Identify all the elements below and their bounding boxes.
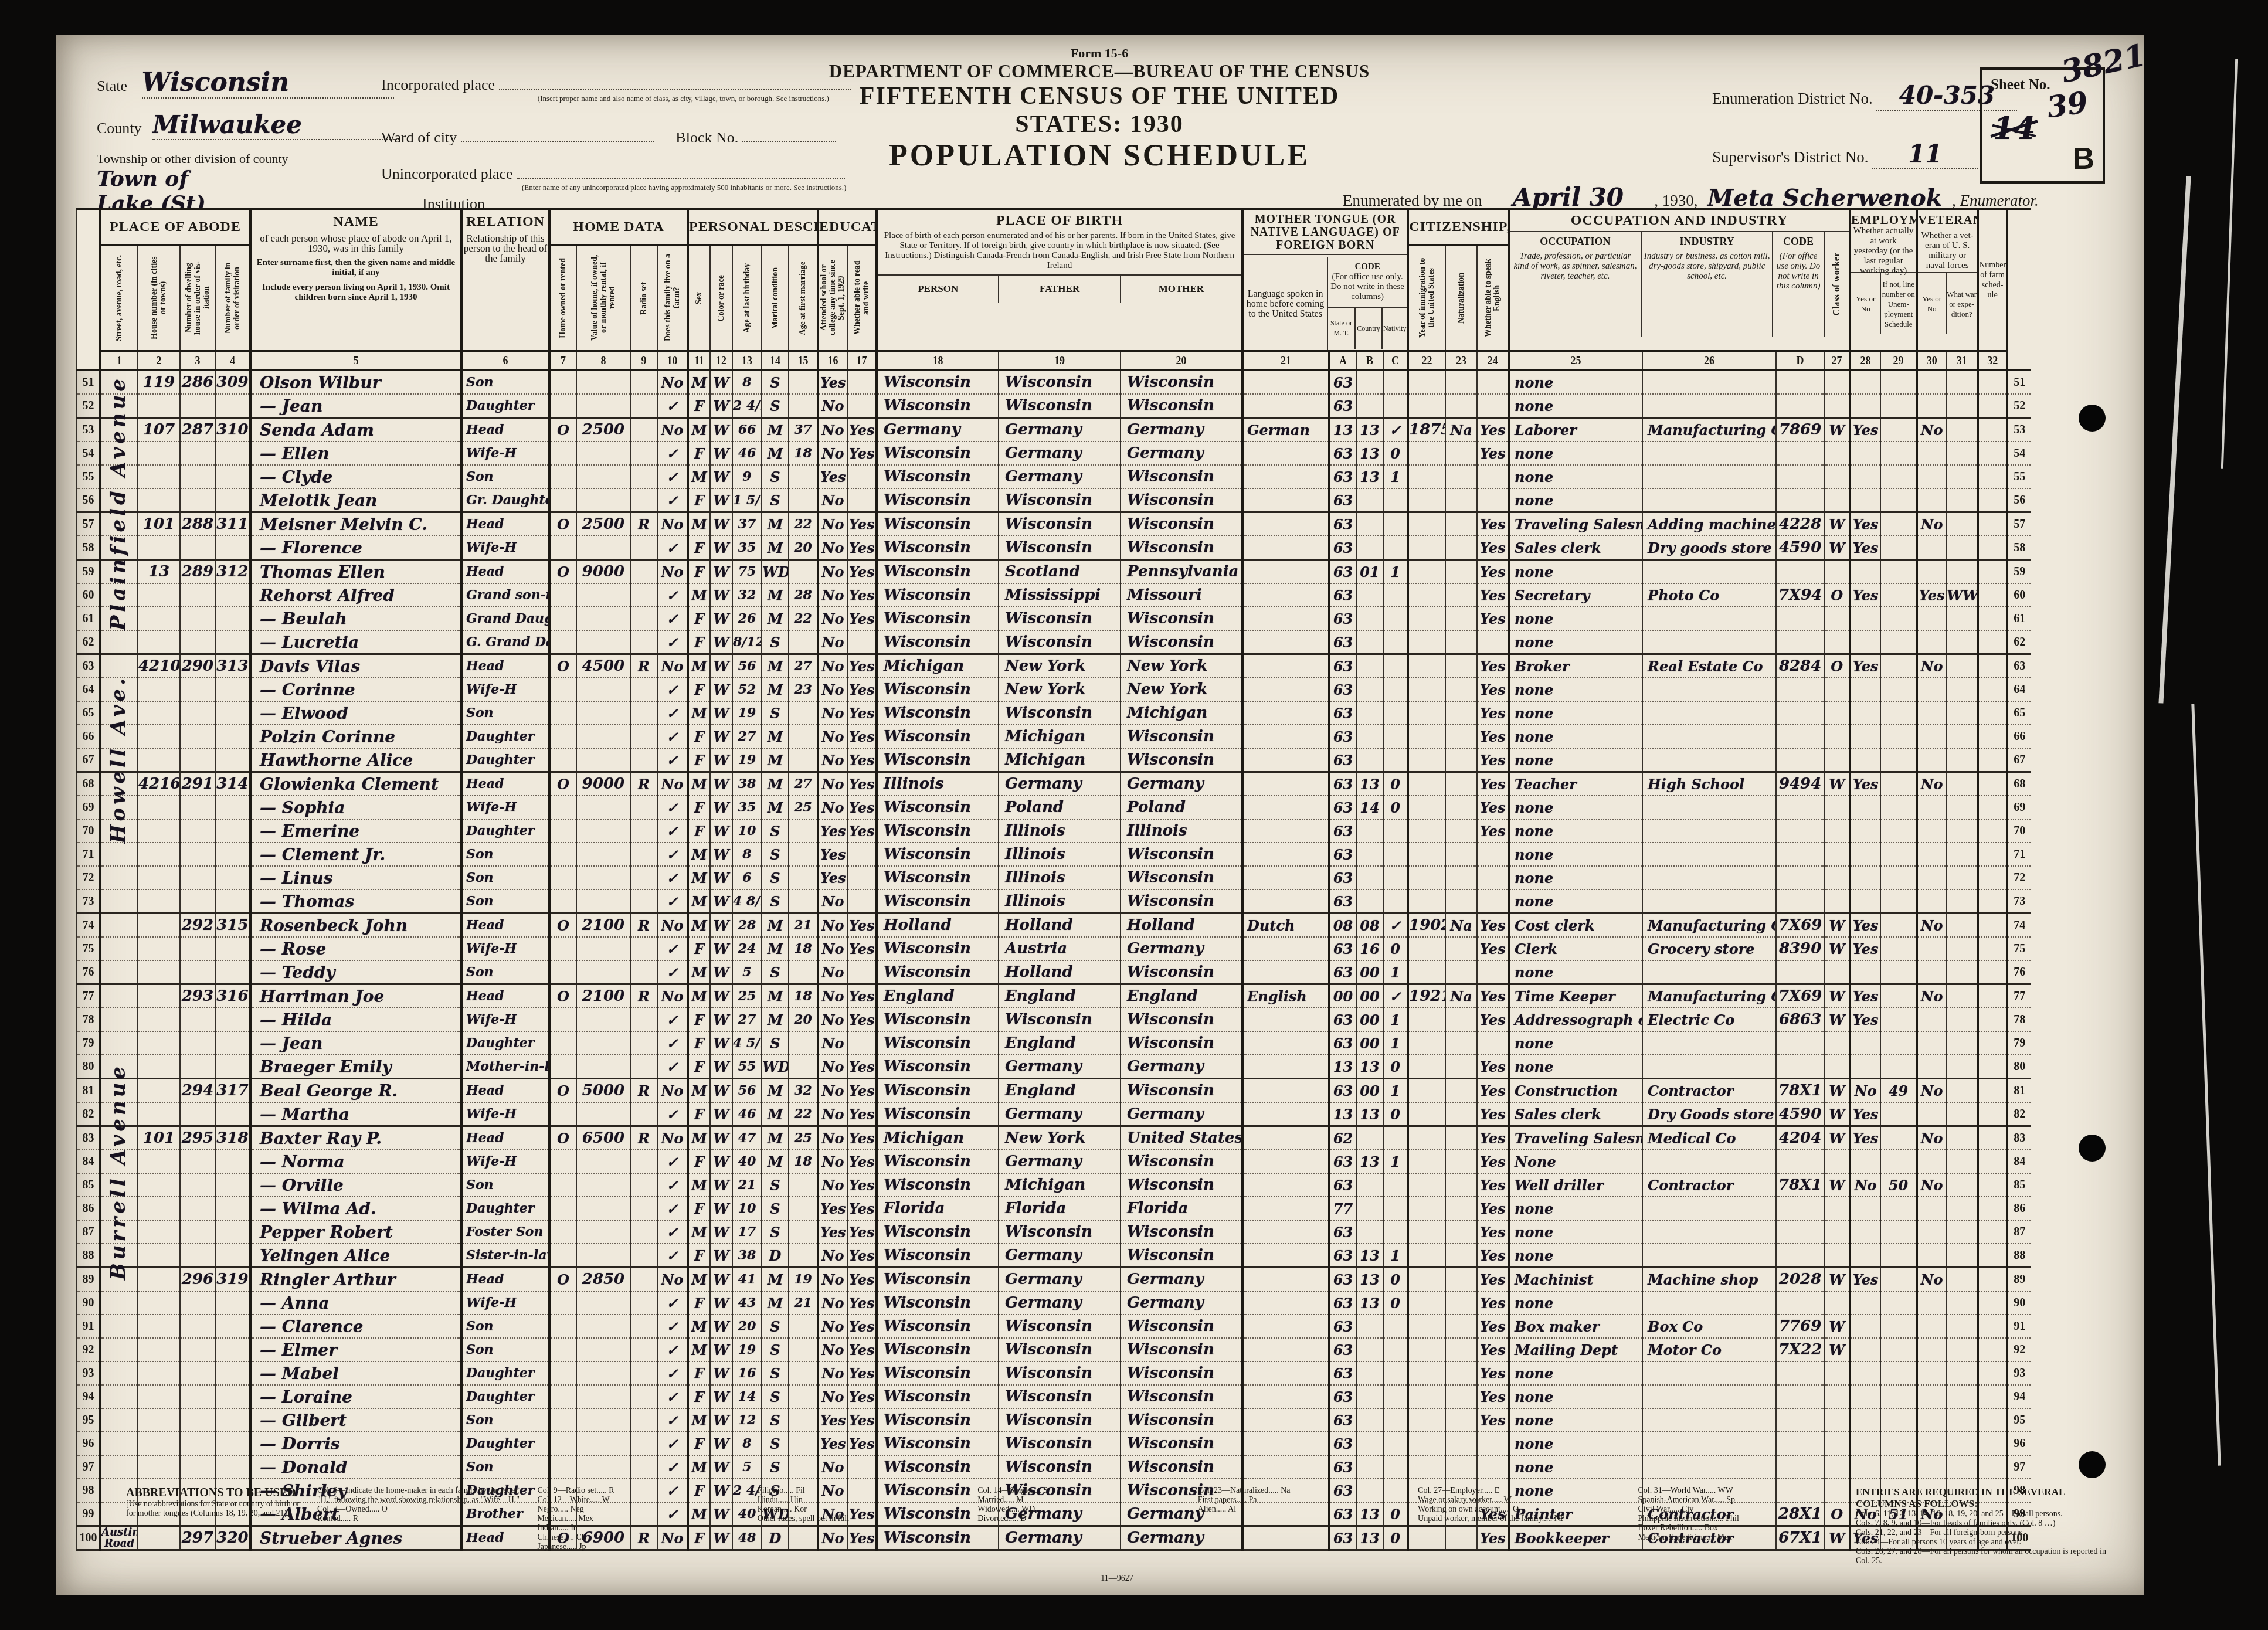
cell-lineR: 66	[2007, 725, 2031, 748]
cell-own: O	[549, 1268, 576, 1292]
cell-val	[576, 1361, 630, 1385]
cell-wk	[1850, 607, 1880, 630]
cell-agem	[789, 394, 818, 418]
cell-street	[100, 394, 138, 418]
cell-yr	[1408, 843, 1445, 866]
table-row: 5913289312Thomas EllenHeadO9000NoFW75WDN…	[77, 560, 2031, 584]
cell-age: 66	[732, 418, 762, 442]
table-row: 90— AnnaWife-H✓FW43M21NoYesWisconsinGerm…	[77, 1291, 2031, 1315]
cell-name: Thomas Ellen	[250, 560, 461, 584]
cell-war	[1946, 1126, 1978, 1150]
table-row: 81294317Beal George R.HeadO5000RNoMW56M3…	[77, 1079, 2031, 1103]
cell-name: — Thomas	[250, 889, 461, 914]
cell-bpp: Wisconsin	[877, 1055, 999, 1079]
cell-rel: Head	[461, 1079, 549, 1103]
cell-street	[100, 1361, 138, 1385]
cell-wk: Yes	[1850, 583, 1880, 607]
cell-val	[576, 1220, 630, 1244]
cell-val	[576, 819, 630, 843]
cell-yr	[1408, 630, 1445, 654]
abbrev-line: Col. 6—Indicate the home-maker in each f…	[317, 1486, 520, 1505]
cell-cb: 13	[1356, 1268, 1383, 1292]
cell-farm: ✓	[657, 1432, 688, 1455]
cell-war	[1946, 796, 1978, 819]
cell-cls	[1824, 1385, 1850, 1408]
cell-rw: Yes	[847, 1244, 877, 1268]
cell-sex: F	[688, 630, 710, 654]
cell-cd	[1776, 1291, 1824, 1315]
cell-sex: F	[688, 819, 710, 843]
cell-ca: 63	[1329, 678, 1356, 701]
cell-ca: 63	[1329, 1220, 1356, 1244]
cell-wk	[1850, 701, 1880, 725]
cell-race: W	[710, 960, 732, 984]
cell-yr	[1408, 442, 1445, 465]
cell-cls: W	[1824, 1102, 1850, 1126]
cell-street	[100, 607, 138, 630]
cell-cls	[1824, 960, 1850, 984]
cell-val	[576, 1455, 630, 1479]
cell-age: 1 5/12	[732, 488, 762, 512]
cell-nat	[1445, 1220, 1477, 1244]
cell-bpf: Germany	[999, 772, 1121, 796]
cell-ca: 63	[1329, 630, 1356, 654]
cell-yr	[1408, 607, 1445, 630]
cell-agem: 22	[789, 1102, 818, 1126]
cell-eng: Yes	[1477, 748, 1509, 772]
cell-val	[576, 1291, 630, 1315]
cell-lang	[1242, 1361, 1329, 1385]
cell-own: O	[549, 512, 576, 536]
cell-war	[1946, 889, 1978, 914]
cell-ca: 63	[1329, 512, 1356, 536]
cell-fam	[215, 1315, 250, 1338]
cell-mar: S	[762, 866, 789, 889]
cell-age: 19	[732, 748, 762, 772]
cell-fam: 309	[215, 371, 250, 395]
cell-rw	[847, 1455, 877, 1479]
cell-mar: S	[762, 1220, 789, 1244]
cell-own	[549, 1315, 576, 1338]
cell-rw: Yes	[847, 1432, 877, 1455]
cell-mar: M	[762, 1150, 789, 1173]
cell-wk	[1850, 889, 1880, 914]
cell-name: Hawthorne Alice	[250, 748, 461, 772]
cell-eng	[1477, 1432, 1509, 1455]
cell-hn: 13	[138, 560, 180, 584]
cell-dw: 291	[180, 772, 215, 796]
cell-cls	[1824, 1455, 1850, 1479]
cell-street	[100, 960, 138, 984]
cell-sch: No	[818, 536, 847, 560]
cell-hn: 107	[138, 418, 180, 442]
cell-war	[1946, 1197, 1978, 1220]
cell-mar: M	[762, 772, 789, 796]
cell-val: 2100	[576, 984, 630, 1008]
cell-bpf: Wisconsin	[999, 1008, 1121, 1031]
colhead-fam: Num­ber of family in order of vis­itatio…	[215, 245, 250, 351]
cell-sex: F	[688, 1150, 710, 1173]
cell-race: W	[710, 772, 732, 796]
cell-eng: Yes	[1477, 1173, 1509, 1197]
cell-bpf: Illinois	[999, 819, 1121, 843]
cell-dw: 289	[180, 560, 215, 584]
ward-label: Ward of city	[381, 129, 457, 146]
cell-ind: Medical Co	[1642, 1126, 1776, 1150]
cell-bpm: Holland	[1121, 914, 1242, 938]
cell-lineL: 52	[77, 394, 100, 418]
cell-ind	[1642, 1220, 1776, 1244]
cell-dw: 296	[180, 1268, 215, 1292]
cell-name: — Clyde	[250, 465, 461, 488]
cell-dw	[180, 819, 215, 843]
cell-cd	[1776, 1197, 1824, 1220]
cell-cls	[1824, 889, 1850, 914]
cell-dw: 293	[180, 984, 215, 1008]
cell-bpm: Wisconsin	[1121, 536, 1242, 560]
cell-rw	[847, 630, 877, 654]
cell-fs	[1978, 1385, 2007, 1408]
cell-dw	[180, 889, 215, 914]
cell-wk	[1850, 1408, 1880, 1432]
cell-fam: 317	[215, 1079, 250, 1103]
cell-val	[576, 1173, 630, 1197]
cell-fam	[215, 1291, 250, 1315]
cell-sex: F	[688, 536, 710, 560]
cell-hn	[138, 536, 180, 560]
cell-farm: ✓	[657, 1408, 688, 1432]
cell-cd: 7X69	[1776, 984, 1824, 1008]
cell-farm: ✓	[657, 1338, 688, 1361]
cell-bpm: Illinois	[1121, 819, 1242, 843]
cell-ind	[1642, 1455, 1776, 1479]
cell-radio	[630, 536, 657, 560]
cell-war	[1946, 1079, 1978, 1103]
colnum-lang: 21	[1242, 351, 1329, 371]
cell-ind	[1642, 1055, 1776, 1079]
cell-sch: No	[818, 560, 847, 584]
cell-fs	[1978, 914, 2007, 938]
cell-bpp: Wisconsin	[877, 1031, 999, 1055]
cell-bpm: Germany	[1121, 418, 1242, 442]
cell-hn	[138, 1361, 180, 1385]
cell-war	[1946, 819, 1978, 843]
cell-sex: M	[688, 371, 710, 395]
cell-cc: 0	[1383, 1291, 1408, 1315]
abbrev-line: Filipino..... Fil	[758, 1486, 960, 1496]
colhead-nat: Naturaliza­tion	[1445, 245, 1477, 351]
cell-bpm: Wisconsin	[1121, 1455, 1242, 1479]
colhead-mar: Marital con­dition	[762, 245, 789, 351]
cell-mar: S	[762, 1432, 789, 1455]
abbrev-line: Widowed..... WD	[977, 1505, 1180, 1514]
cell-race: W	[710, 937, 732, 960]
cell-cc	[1383, 536, 1408, 560]
cell-ind: Adding machine Co	[1642, 512, 1776, 536]
cell-vet	[1917, 1291, 1946, 1315]
cell-occ: none	[1509, 1220, 1642, 1244]
cell-cd	[1776, 488, 1824, 512]
cell-lineL: 73	[77, 889, 100, 914]
cell-radio	[630, 1150, 657, 1173]
cell-hn	[138, 937, 180, 960]
cell-age: 12	[732, 1408, 762, 1432]
cell-fam	[215, 725, 250, 748]
county-value: Milwaukee	[152, 110, 399, 140]
cell-race: W	[710, 1220, 732, 1244]
cell-wk: Yes	[1850, 512, 1880, 536]
cell-cb: 01	[1356, 560, 1383, 584]
cell-bpf: Florida	[999, 1197, 1121, 1220]
cell-ue	[1880, 1197, 1917, 1220]
cell-bpp: Wisconsin	[877, 512, 999, 536]
cell-ue	[1880, 937, 1917, 960]
cell-ca: 63	[1329, 1008, 1356, 1031]
cell-dw: 295	[180, 1126, 215, 1150]
cell-nat	[1445, 1126, 1477, 1150]
cell-age: 43	[732, 1291, 762, 1315]
cell-own	[549, 1385, 576, 1408]
cell-farm: No	[657, 984, 688, 1008]
cell-nat	[1445, 1432, 1477, 1455]
cell-lineL: 97	[77, 1455, 100, 1479]
cell-val	[576, 1432, 630, 1455]
cell-mar: S	[762, 394, 789, 418]
cell-eng: Yes	[1477, 654, 1509, 678]
cell-occ: none	[1509, 1031, 1642, 1055]
cell-ue	[1880, 1008, 1917, 1031]
cell-bpf: Wisconsin	[999, 1315, 1121, 1338]
cell-eng: Yes	[1477, 418, 1509, 442]
cell-sch: Yes	[818, 1432, 847, 1455]
cell-bpp: Wisconsin	[877, 1361, 999, 1385]
cell-farm: No	[657, 418, 688, 442]
cell-sex: F	[688, 1197, 710, 1220]
cell-fs	[1978, 1055, 2007, 1079]
cell-vet: No	[1917, 512, 1946, 536]
cell-hn	[138, 1268, 180, 1292]
cell-val: 5000	[576, 1079, 630, 1103]
cell-wk	[1850, 1361, 1880, 1385]
cell-bpm: United States	[1121, 1126, 1242, 1150]
cell-farm: ✓	[657, 1173, 688, 1197]
cell-rw	[847, 889, 877, 914]
cell-bpp: Wisconsin	[877, 394, 999, 418]
cell-bpp: Wisconsin	[877, 701, 999, 725]
cell-hn	[138, 960, 180, 984]
cell-ind: Grocery store	[1642, 937, 1776, 960]
cell-yr	[1408, 1197, 1445, 1220]
cell-agem: 18	[789, 1150, 818, 1173]
cell-rel: Son	[461, 866, 549, 889]
cell-bpm: Wisconsin	[1121, 1173, 1242, 1197]
colnum-dw: 3	[180, 351, 215, 371]
cell-vet	[1917, 889, 1946, 914]
cell-hn	[138, 1197, 180, 1220]
colhead-dw: Num­ber of dwell­ing house in order of v…	[180, 245, 215, 351]
table-row: 92— ElmerSon✓MW19SNoYesWisconsinWisconsi…	[77, 1338, 2031, 1361]
cell-hn	[138, 1432, 180, 1455]
cell-rel: Gr. Daughter	[461, 488, 549, 512]
cell-rw: Yes	[847, 1268, 877, 1292]
cell-ue	[1880, 1031, 1917, 1055]
abbrev-column: Col. 23—Naturalized..... NaFirst papers.…	[1198, 1486, 1400, 1566]
cell-lang	[1242, 772, 1329, 796]
table-row: 62— LucretiaG. Grand Daughter✓FW8/12SNoW…	[77, 630, 2031, 654]
cell-street	[100, 725, 138, 748]
cell-dw	[180, 488, 215, 512]
cell-fs	[1978, 560, 2007, 584]
table-row: 61— BeulahGrand Daughter✓FW26M22NoYesWis…	[77, 607, 2031, 630]
cell-own	[549, 630, 576, 654]
cell-wk: Yes	[1850, 772, 1880, 796]
cell-bpf: Wisconsin	[999, 1361, 1121, 1385]
table-row: 57101288311Meisner Melvin C.HeadO2500RNo…	[77, 512, 2031, 536]
cell-street	[100, 843, 138, 866]
cell-age: 38	[732, 1244, 762, 1268]
cell-lineR: 89	[2007, 1268, 2031, 1292]
cell-farm: No	[657, 1126, 688, 1150]
cell-eng: Yes	[1477, 772, 1509, 796]
film-streak	[2221, 59, 2238, 469]
cell-cd	[1776, 819, 1824, 843]
cell-ca: 63	[1329, 1361, 1356, 1385]
cell-fs	[1978, 1008, 2007, 1031]
cell-lineL: 57	[77, 512, 100, 536]
cell-fs	[1978, 772, 2007, 796]
colnum-street: 1	[100, 351, 138, 371]
cell-yr	[1408, 1079, 1445, 1103]
state-label: State	[97, 77, 127, 94]
cell-nat	[1445, 772, 1477, 796]
cell-age: 14	[732, 1385, 762, 1408]
cell-cd	[1776, 678, 1824, 701]
cell-bpm: Germany	[1121, 442, 1242, 465]
colnum-fs: 32	[1978, 351, 2007, 371]
cell-lang	[1242, 1455, 1329, 1479]
cell-bpp: Wisconsin	[877, 1432, 999, 1455]
cell-cd	[1776, 1455, 1824, 1479]
cell-cc: 1	[1383, 960, 1408, 984]
cell-nat	[1445, 654, 1477, 678]
cell-cc	[1383, 371, 1408, 395]
cell-vet	[1917, 442, 1946, 465]
cell-radio: R	[630, 984, 657, 1008]
cell-war	[1946, 418, 1978, 442]
colnum-yr: 22	[1408, 351, 1445, 371]
cell-dw	[180, 1031, 215, 1055]
cell-street	[100, 1008, 138, 1031]
line-number-column	[77, 209, 100, 371]
cell-fam: 315	[215, 914, 250, 938]
cell-ca: 63	[1329, 607, 1356, 630]
cell-ind: Machine shop	[1642, 1268, 1776, 1292]
cell-vet	[1917, 1408, 1946, 1432]
cell-sch: Yes	[818, 465, 847, 488]
cell-yr	[1408, 1055, 1445, 1079]
cell-ue	[1880, 1126, 1917, 1150]
cell-name: — Elmer	[250, 1338, 461, 1361]
cell-lineL: 87	[77, 1220, 100, 1244]
cell-agem: 18	[789, 937, 818, 960]
cell-nat	[1445, 866, 1477, 889]
cell-cls: W	[1824, 1079, 1850, 1103]
punch-hole	[2079, 1135, 2106, 1162]
cell-fs	[1978, 1102, 2007, 1126]
cell-sch: No	[818, 725, 847, 748]
cell-ue	[1880, 843, 1917, 866]
table-row: 89296319Ringler ArthurHeadO2850NoMW41M19…	[77, 1268, 2031, 1292]
cell-agem	[789, 1197, 818, 1220]
cell-bpp: Wisconsin	[877, 442, 999, 465]
cell-fam	[215, 960, 250, 984]
cell-street	[100, 465, 138, 488]
cell-yr	[1408, 1385, 1445, 1408]
cell-own	[549, 889, 576, 914]
cell-street	[100, 1338, 138, 1361]
cell-vet: No	[1917, 914, 1946, 938]
cell-agem	[789, 1055, 818, 1079]
cell-sex: M	[688, 583, 710, 607]
cell-fam	[215, 1361, 250, 1385]
cell-age: 40	[732, 1150, 762, 1173]
cell-cb: 00	[1356, 1031, 1383, 1055]
cell-val	[576, 1408, 630, 1432]
cell-mar: M	[762, 937, 789, 960]
cell-war	[1946, 843, 1978, 866]
cell-nat	[1445, 488, 1477, 512]
cell-lang	[1242, 1008, 1329, 1031]
cell-farm: ✓	[657, 1150, 688, 1173]
cell-lineL: 56	[77, 488, 100, 512]
cell-eng: Yes	[1477, 560, 1509, 584]
cell-lineL: 79	[77, 1031, 100, 1055]
cell-fs	[1978, 442, 2007, 465]
cell-radio	[630, 560, 657, 584]
cell-vet	[1917, 1031, 1946, 1055]
cell-vet	[1917, 960, 1946, 984]
cell-cc: 0	[1383, 937, 1408, 960]
cell-sex: M	[688, 866, 710, 889]
cell-rel: Daughter	[461, 725, 549, 748]
cell-nat	[1445, 1338, 1477, 1361]
cell-rel: Daughter	[461, 748, 549, 772]
cell-agem	[789, 1338, 818, 1361]
cell-fs	[1978, 1173, 2007, 1197]
cell-dw: 292	[180, 914, 215, 938]
cell-fam	[215, 1432, 250, 1455]
cell-occ: Well driller	[1509, 1173, 1642, 1197]
abbrev-line: Mexican..... Mex	[537, 1514, 739, 1524]
cell-cc	[1383, 1197, 1408, 1220]
cell-nat	[1445, 607, 1477, 630]
cell-cd	[1776, 701, 1824, 725]
cell-lineL: 94	[77, 1385, 100, 1408]
cell-rw: Yes	[847, 1126, 877, 1150]
cell-own	[549, 819, 576, 843]
cell-cd	[1776, 1055, 1824, 1079]
cell-age: 8/12	[732, 630, 762, 654]
table-row: 77293316Harriman JoeHeadO2100RNoMW25M18N…	[77, 984, 2031, 1008]
cell-ind	[1642, 394, 1776, 418]
cell-rw: Yes	[847, 1150, 877, 1173]
cell-cc	[1383, 1385, 1408, 1408]
cell-wk: Yes	[1850, 1008, 1880, 1031]
table-row: 94— LoraineDaughter✓FW14SNoYesWisconsinW…	[77, 1385, 2031, 1408]
cell-lang	[1242, 512, 1329, 536]
cell-rel: Head	[461, 512, 549, 536]
table-row: 55— ClydeSon✓MW9SYesWisconsinGermanyWisc…	[77, 465, 2031, 488]
